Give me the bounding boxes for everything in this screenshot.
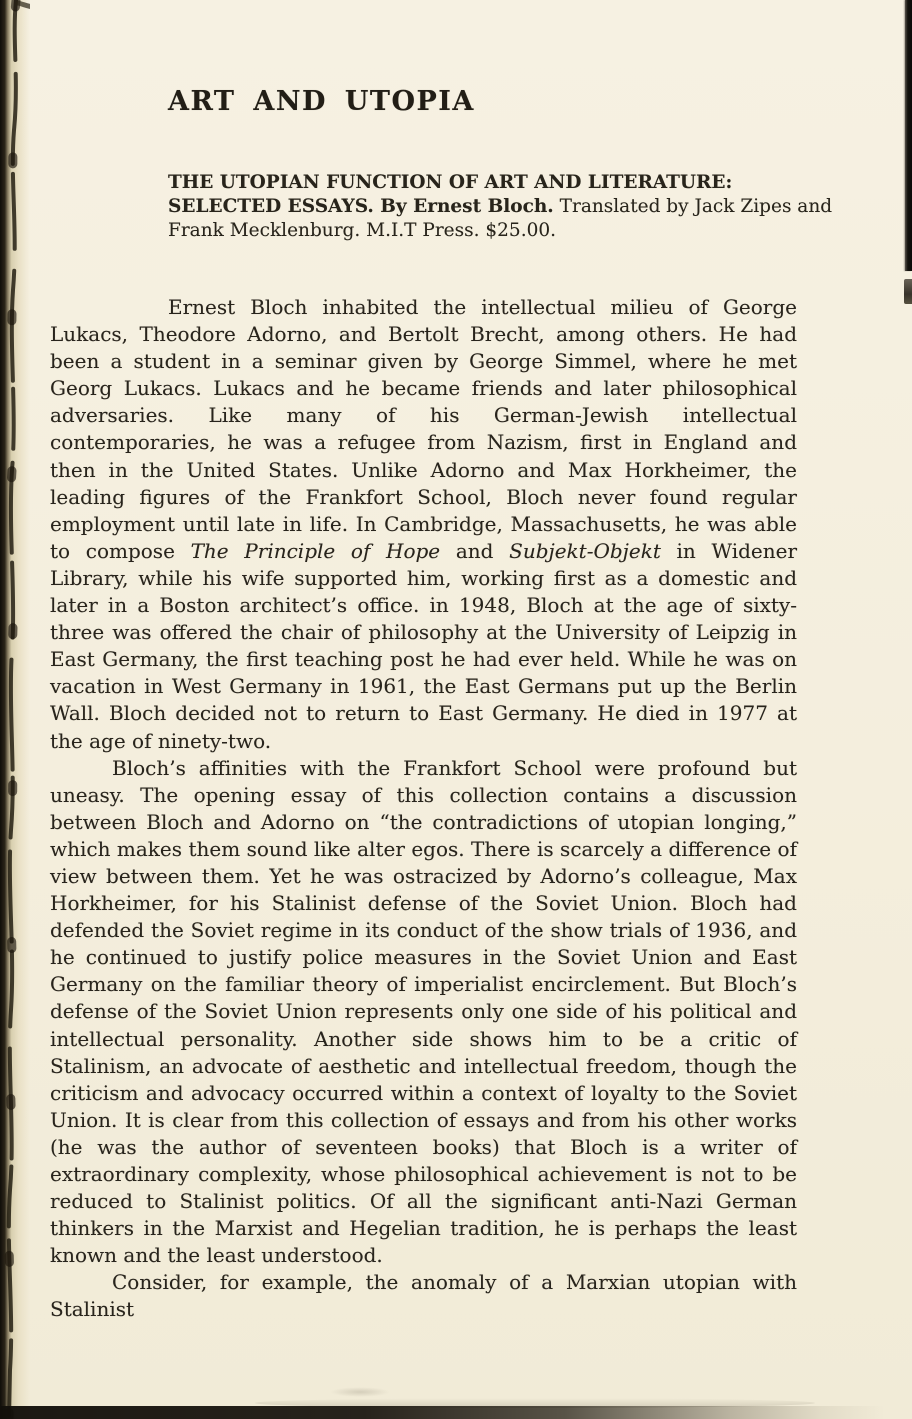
citation-line-3: Frank Mecklenburg. M.I.T Press. $25.00. bbox=[168, 219, 818, 243]
body-paragraph-1: Ernest Bloch inhabited the intellectual … bbox=[50, 294, 797, 755]
bottom-smudge-artifact bbox=[330, 1387, 390, 1397]
body-paragraph-3: Consider, for example, the anomaly of a … bbox=[50, 1269, 797, 1323]
binding-squiggle-artifact bbox=[0, 0, 30, 1419]
paragraph-1-text: and bbox=[440, 539, 509, 563]
paragraph-1-text: Ernest Bloch inhabited the intellectual … bbox=[50, 295, 797, 563]
page-title: ART AND UTOPIA bbox=[168, 86, 475, 117]
book-title-italic: The Principle of Hope bbox=[191, 539, 441, 563]
citation-line-2-rest: Translated by Jack Zipes and bbox=[554, 196, 832, 217]
bottom-edge-bar-artifact bbox=[0, 1406, 912, 1419]
review-body: Ernest Bloch inhabited the intellectual … bbox=[50, 294, 797, 1324]
paragraph-1-text: in Widener Library, while his wife suppo… bbox=[50, 539, 797, 753]
book-title-italic: Subjekt-Objekt bbox=[509, 539, 661, 563]
scanned-book-page: ART AND UTOPIA THE UTOPIAN FUNCTION OF A… bbox=[0, 0, 912, 1419]
citation-line-2: SELECTED ESSAYS. By Ernest Bloch. Transl… bbox=[168, 195, 818, 219]
right-edge-bar-artifact bbox=[905, 0, 912, 271]
citation-line-1: THE UTOPIAN FUNCTION OF ART AND LITERATU… bbox=[168, 171, 818, 195]
citation-line-2-bold: SELECTED ESSAYS. By Ernest Bloch. bbox=[168, 196, 554, 217]
right-edge-mark-artifact bbox=[904, 279, 912, 304]
body-paragraph-2: Bloch’s affinities with the Frankfort Sc… bbox=[50, 755, 797, 1270]
book-citation: THE UTOPIAN FUNCTION OF ART AND LITERATU… bbox=[168, 171, 818, 243]
